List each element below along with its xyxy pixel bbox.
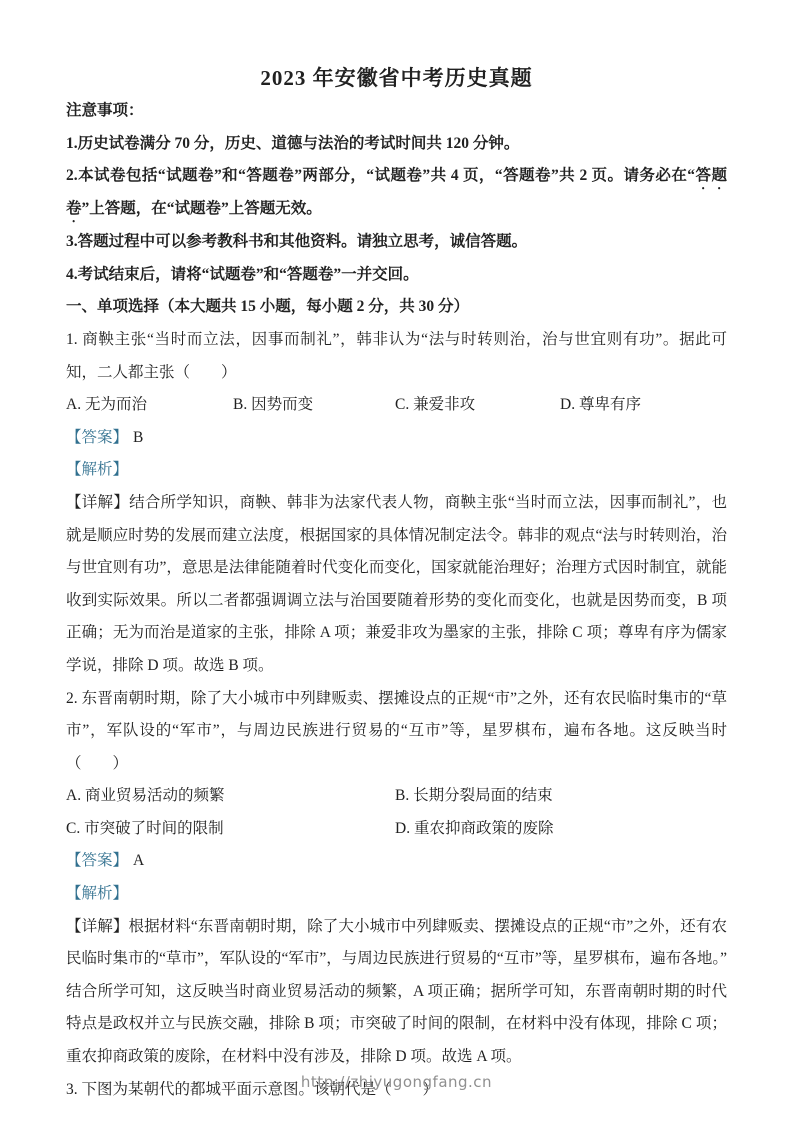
question-1-stem: 1. 商鞅主张“当时而立法，因事而制礼”，韩非认为“法与时转则治，治与世宜则有功… xyxy=(66,324,727,389)
section-heading: 一、单项选择（本大题共 15 小题，每小题 2 分，共 30 分） xyxy=(66,291,727,324)
answer-label: 【答案】 xyxy=(66,852,128,869)
question-2-option-c: C. 市突破了时间的限制 xyxy=(66,813,395,846)
notice-item-2-pre: 2.本试卷包括“试题卷”和“答题卷”两部分，“试题卷”共 4 页，“答题卷”共 … xyxy=(66,167,695,184)
exam-paper-page: 2023 年安徽省中考历史真题 注意事项： 1.历史试卷满分 70 分，历史、道… xyxy=(0,0,793,1122)
question-2-option-d: D. 重农抑商政策的废除 xyxy=(395,813,727,846)
question-1-option-b: B. 因势而变 xyxy=(233,389,395,422)
notice-item-1: 1.历史试卷满分 70 分，历史、道德与法治的考试时间共 120 分钟。 xyxy=(66,128,727,161)
page-title: 2023 年安徽省中考历史真题 xyxy=(66,62,727,95)
question-2-options: A. 商业贸易活动的频繁 B. 长期分裂局面的结束 C. 市突破了时间的限制 D… xyxy=(66,780,727,845)
notice-item-2: 2.本试卷包括“试题卷”和“答题卷”两部分，“试题卷”共 4 页，“答题卷”共 … xyxy=(66,160,727,226)
question-2-answer-value: A xyxy=(133,852,144,869)
notice-item-4: 4.考试结束后，请将“试题卷”和“答题卷”一并交回。 xyxy=(66,259,727,292)
notice-item-2-post: ”上答题，在“试题卷”上答题无效。 xyxy=(82,200,322,217)
footer: http://zhiyugongfang.cn xyxy=(0,1073,793,1092)
question-1-detail: 【详解】结合所学知识，商鞅、韩非为法家代表人物，商鞅主张“当时而立法，因事而制礼… xyxy=(66,487,727,683)
question-2-stem: 2. 东晋南朝时期，除了大小城市中列肆贩卖、摆摊设点的正规“市”之外，还有农民临… xyxy=(66,683,727,781)
question-2-option-a: A. 商业贸易活动的频繁 xyxy=(66,780,395,813)
question-2-analysis-label: 【解析】 xyxy=(66,878,727,911)
question-1-answer-line: 【答案】B xyxy=(66,422,727,455)
question-1-option-d: D. 尊卑有序 xyxy=(560,389,727,422)
question-2-detail: 【详解】根据材料“东晋南朝时期，除了大小城市中列肆贩卖、摆摊设点的正规“市”之外… xyxy=(66,911,727,1074)
question-1-option-c: C. 兼爱非攻 xyxy=(395,389,560,422)
question-1-answer-value: B xyxy=(133,429,143,446)
question-2-option-b: B. 长期分裂局面的结束 xyxy=(395,780,727,813)
question-1-analysis-label: 【解析】 xyxy=(66,454,727,487)
question-1-option-a: A. 无为而治 xyxy=(66,389,233,422)
notice-heading: 注意事项： xyxy=(66,95,727,128)
question-2-answer-line: 【答案】A xyxy=(66,845,727,878)
question-1-options: A. 无为而治 B. 因势而变 C. 兼爱非攻 D. 尊卑有序 xyxy=(66,389,727,422)
answer-label: 【答案】 xyxy=(66,429,128,446)
footer-watermark-link[interactable]: http://zhiyugongfang.cn xyxy=(301,1073,492,1091)
notice-item-3: 3.答题过程中可以参考教科书和其他资料。请独立思考，诚信答题。 xyxy=(66,226,727,259)
